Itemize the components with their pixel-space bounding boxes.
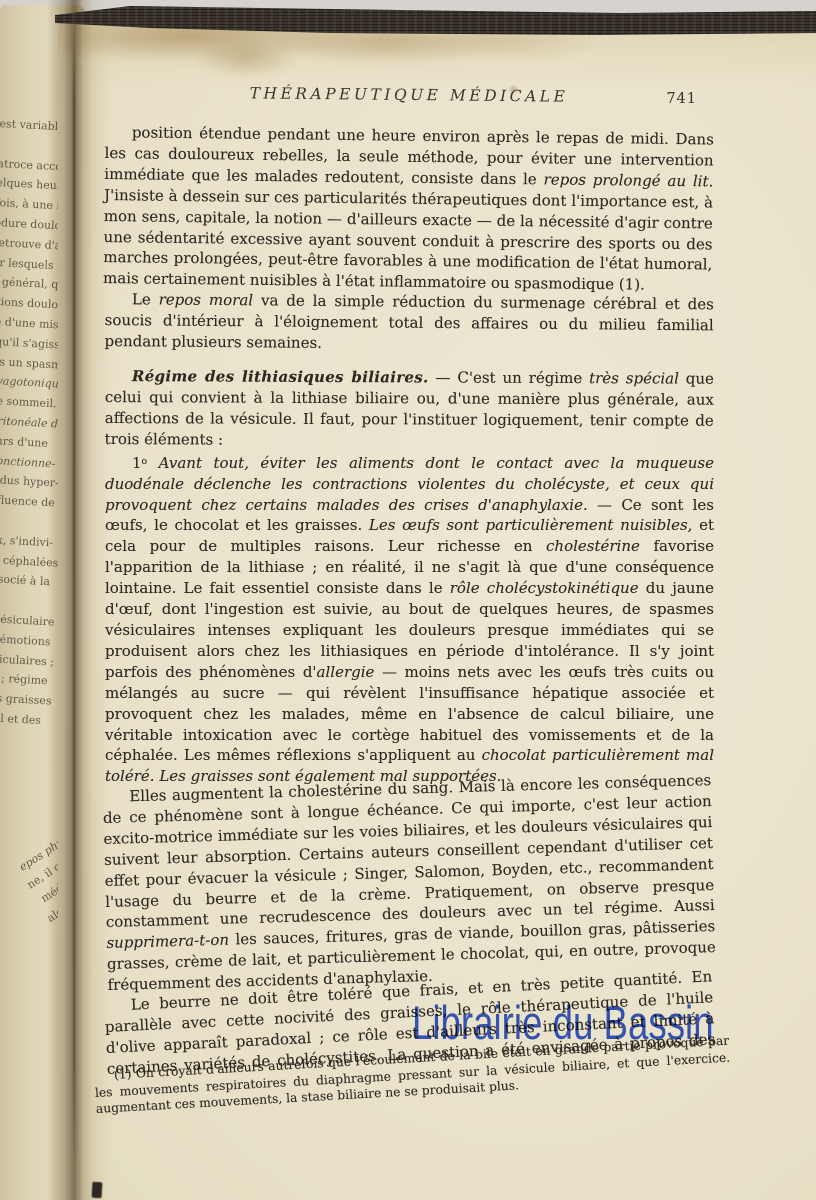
facing-page-line-fragment: urs un spasme: [0, 351, 45, 374]
facing-page-line-fragment: , qu'il s'agisse: [0, 331, 46, 354]
facing-page-line-fragment: me vésiculaire: [0, 608, 31, 631]
facing-page-line-fragment: odure doulou-: [0, 213, 52, 236]
book-gutter-foot: [92, 1182, 103, 1199]
facing-page-line-fragment: n général, qui,: [0, 272, 49, 295]
facing-page-line-fragment: se d'une mise: [0, 312, 47, 335]
watermark: Librairie du Bassin: [412, 995, 714, 1050]
facing-page-line-fragment: [0, 509, 36, 532]
facing-page-line-fragment: énéral et des: [0, 707, 26, 730]
page-number: 741: [666, 91, 697, 107]
facing-page-line-fragment: t le sommeil.: [0, 391, 42, 414]
facing-page-line-fragment: péritonéale de: [0, 411, 41, 434]
facing-page-line-fragment: l'influence de: [0, 490, 37, 513]
facing-page-text-fragments-upper: est variable. atroce accom-elques heures…: [0, 114, 57, 730]
paragraph: 1o Avant tout, éviter les aliments dont …: [105, 452, 714, 788]
facing-page-line-fragment: ctions doulou-: [0, 292, 48, 315]
facing-page-line-fragment: atroce accom-: [0, 154, 55, 177]
facing-page-line-fragment: s vésiculaires ;: [0, 648, 29, 671]
paragraph: Le repos moral va de la simple réduction…: [104, 289, 714, 357]
page-header: THÉRAPEUTIQUE MÉDICALE 741: [105, 86, 713, 112]
facing-page-line-fragment: rendus hyper-: [0, 470, 38, 493]
facing-page-line-fragment: ue les graisses: [0, 687, 27, 710]
paragraph: Elles augmentent la cholestérine du sang…: [102, 770, 717, 996]
page-text: position étendue pendant une heure envir…: [105, 122, 714, 1080]
facing-page-line-fragment: est variable.: [0, 114, 57, 137]
facing-page-line-fragment: reux, s'indivi-: [0, 529, 35, 552]
paragraph: position étendue pendant une heure envir…: [103, 122, 714, 297]
facing-page-line-fragment: n fonctionne-: [0, 450, 39, 473]
running-title: THÉRAPEUTIQUE MÉDICALE: [105, 83, 713, 107]
facing-page-line-fragment: retrouve d'ail-: [0, 233, 51, 256]
facing-page-line-fragment: ur lesquels la: [0, 252, 50, 275]
facing-page-line-fragment: d vagotonique: [0, 371, 44, 394]
facing-page-line-fragment: elques heures,: [0, 173, 54, 196]
facing-page-line-fragment: ges, céphalées,: [0, 549, 34, 572]
paragraph: Régime des lithiasiques biliaires. — C'e…: [105, 366, 714, 452]
facing-page-line-fragment: [0, 588, 32, 611]
facing-page-line-fragment: e associé à la: [0, 569, 33, 592]
facing-page-line-fragment: t les émotions: [0, 628, 30, 651]
facing-page-line-fragment: cours d'une: [0, 430, 40, 453]
book-photo: est variable. atroce accom-elques heures…: [0, 0, 816, 1200]
facing-page-line-fragment: gène ; régime: [0, 668, 28, 691]
facing-page-line-fragment: fois, à une mi-: [0, 193, 53, 216]
